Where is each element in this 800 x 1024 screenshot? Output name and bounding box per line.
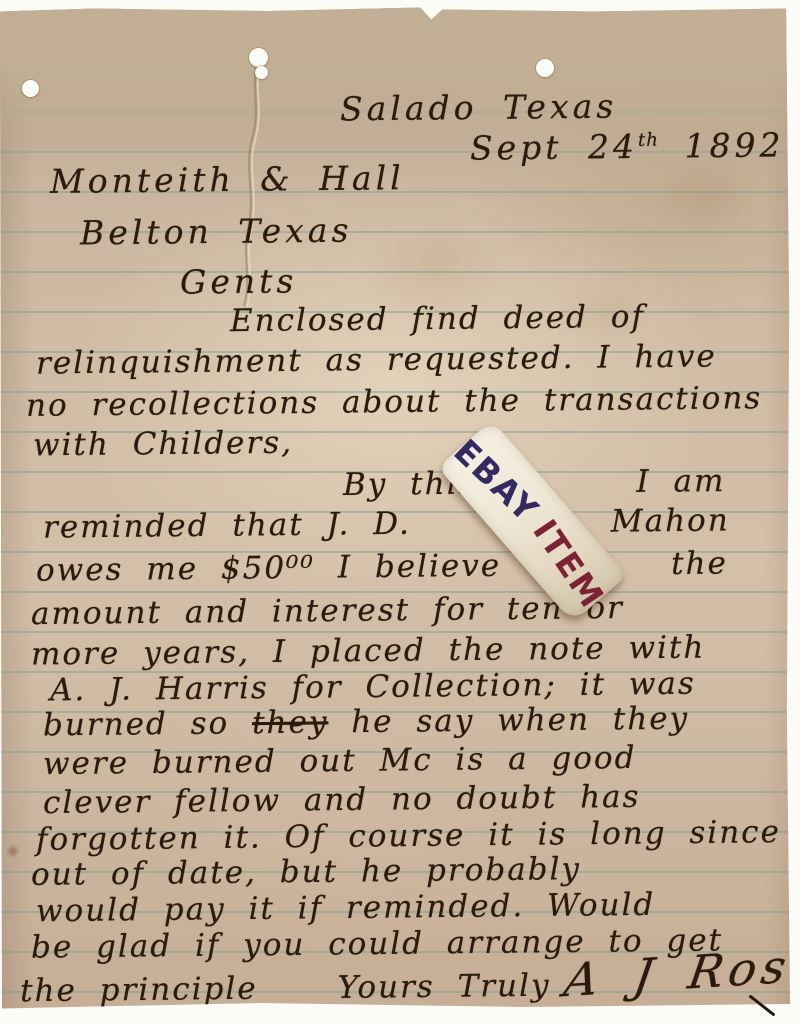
punch-hole <box>22 80 39 97</box>
date-day: Sept 24 <box>470 127 638 168</box>
handwriting-line: amount and interest for ten or <box>31 590 624 632</box>
handwriting-line: out of date, but he probably <box>31 851 581 893</box>
scan-background: Salado Texas Sept 24th 1892 Monteith & H… <box>0 0 800 1024</box>
handwriting-closing-line: the principleYours TrulyA J Rose <box>20 950 800 1012</box>
handwriting-date: Sept 24th 1892 <box>470 125 785 167</box>
date-ordinal: th <box>638 130 659 151</box>
handwriting-salutation: Gents <box>180 261 298 301</box>
handwriting-line: would pay it if reminded. Would <box>36 887 656 929</box>
handwriting-line: were burned out Mc is a good <box>43 740 637 782</box>
handwriting-line: owes me $50⁰⁰ I believethe <box>36 545 728 588</box>
punch-hole <box>255 66 268 79</box>
closing: Yours Truly <box>337 968 550 1006</box>
handwriting-line: burned so they he say when they <box>43 701 689 744</box>
struck-word: they <box>252 704 329 741</box>
handwriting-place: Salado Texas <box>340 87 618 129</box>
handwriting-line: relinquishment as requested. I have <box>36 338 717 381</box>
handwriting-line: reminded that J. D.Mahon <box>43 502 730 545</box>
handwriting-line: Enclosed find deed of <box>230 299 645 339</box>
letter-paper: Salado Texas Sept 24th 1892 Monteith & H… <box>0 6 790 1011</box>
handwriting-line: no recollections about the transactions <box>26 380 763 424</box>
punch-hole <box>249 48 268 67</box>
handwriting-line: with Childers, <box>33 425 293 464</box>
handwriting-recipient: Monteith & Hall <box>50 158 405 201</box>
punch-hole <box>536 59 554 77</box>
handwriting-recipient-city: Belton Texas <box>80 211 353 253</box>
date-year: 1892 <box>684 125 784 165</box>
handwriting-line: clever fellow and no doubt has <box>43 779 641 821</box>
